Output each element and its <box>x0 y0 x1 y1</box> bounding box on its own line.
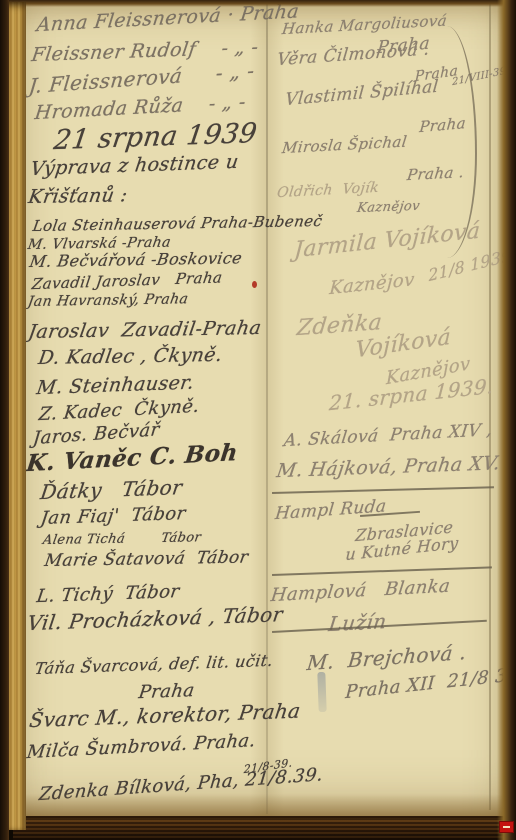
entry-jan-havransky: Jan Havranský, Praha <box>27 292 190 309</box>
entry-hamplova-flourish: Lužín <box>328 611 388 634</box>
red-ink-dot <box>252 281 257 288</box>
entry-fleissner-signature: J. Fleissnerová - „ - <box>28 60 256 96</box>
heading-vyprava-line2: Křišťanů : <box>27 186 129 207</box>
entry-vojik-kaznejov: Kaznějov <box>356 200 421 215</box>
book-binding-left <box>0 0 9 840</box>
entry-marie-satavova: Marie Šatavová Tábor <box>43 549 249 570</box>
heading-date: 21 srpna 1939 <box>52 120 259 154</box>
entry-vera-cilmonova: Věra Čilmonová . <box>276 41 430 69</box>
entry-vil-prochazkova: Vil. Procházková , Tábor <box>26 604 284 633</box>
red-corner-stamp <box>499 821 514 833</box>
entry-d-kadlec: D. Kadlec , Čkyně. <box>37 346 224 368</box>
entry-alena-ticha: Alena Tichá Tábor <box>42 531 202 547</box>
center-fold-line <box>266 0 268 814</box>
entry-vlastimil-spilihal: Vlastimil Špilíhal <box>284 79 439 110</box>
right-margin-line <box>489 0 491 810</box>
blue-ink-smudge <box>317 672 326 712</box>
divider-line-hampl <box>272 566 492 575</box>
entry-oldrich-vojik: Oldřich Vojík <box>276 181 380 200</box>
entry-jan-fiaj: Jan Fiaj' Tábor <box>39 505 186 528</box>
book-edge-bottom <box>0 816 516 840</box>
entry-zavadil-jaroslav: Zavadil Jaroslav Praha <box>31 270 224 292</box>
book-edge-top <box>0 0 516 7</box>
entry-z-kadec: Z. Kadec Čkyně. <box>38 398 201 425</box>
entry-milca-sumbrova: Milča Šumbrová. Praha. <box>26 732 257 762</box>
entry-m-hajkova: M. Hájková, Praha XV. <box>275 454 501 481</box>
entry-zdenka-date: 21. srpna 1939. <box>329 376 495 414</box>
entry-tana-svarcova-praha: Praha <box>137 682 195 702</box>
entry-jaroslav-zavadil: Jaroslav Zavadil-Praha <box>27 319 263 342</box>
guestbook-page-scan: Anna Fleissnerová · PrahaFleissner Rudol… <box>0 0 516 840</box>
page-block-edge-left <box>9 2 26 830</box>
entry-mirosla-spichal: Mirosla Špichal <box>281 134 408 156</box>
entry-jarmila-kaznejov: Kaznějov <box>329 271 416 298</box>
entry-m-becvarova: M. Bečvářová -Boskovice <box>28 250 243 270</box>
underline-hajkova <box>272 486 494 493</box>
entry-hamplova-blanka: Hamplová Blanka <box>270 578 451 606</box>
entry-m-brejchova: M. Brejchová . <box>306 642 468 673</box>
entry-datky-tabor: Ďátky Tábor <box>39 477 184 502</box>
entry-tana-svarcova: Táňa Švarcová, def. lit. učit. <box>34 653 275 677</box>
entry-m-steinhauser: M. Steinhauser. <box>35 374 195 399</box>
book-edge-right <box>497 0 516 840</box>
entry-l-tichy: L. Tichý Tábor <box>35 583 180 606</box>
entry-hampl-ruda: Hampl Ruda <box>274 498 387 523</box>
entry-a-skalova: A. Skálová Praha XIV , <box>283 422 494 450</box>
paper-page: Anna Fleissnerová · PrahaFleissner Rudol… <box>0 0 516 840</box>
heading-vyprava-line1: Výprava z hostince u <box>29 153 240 179</box>
